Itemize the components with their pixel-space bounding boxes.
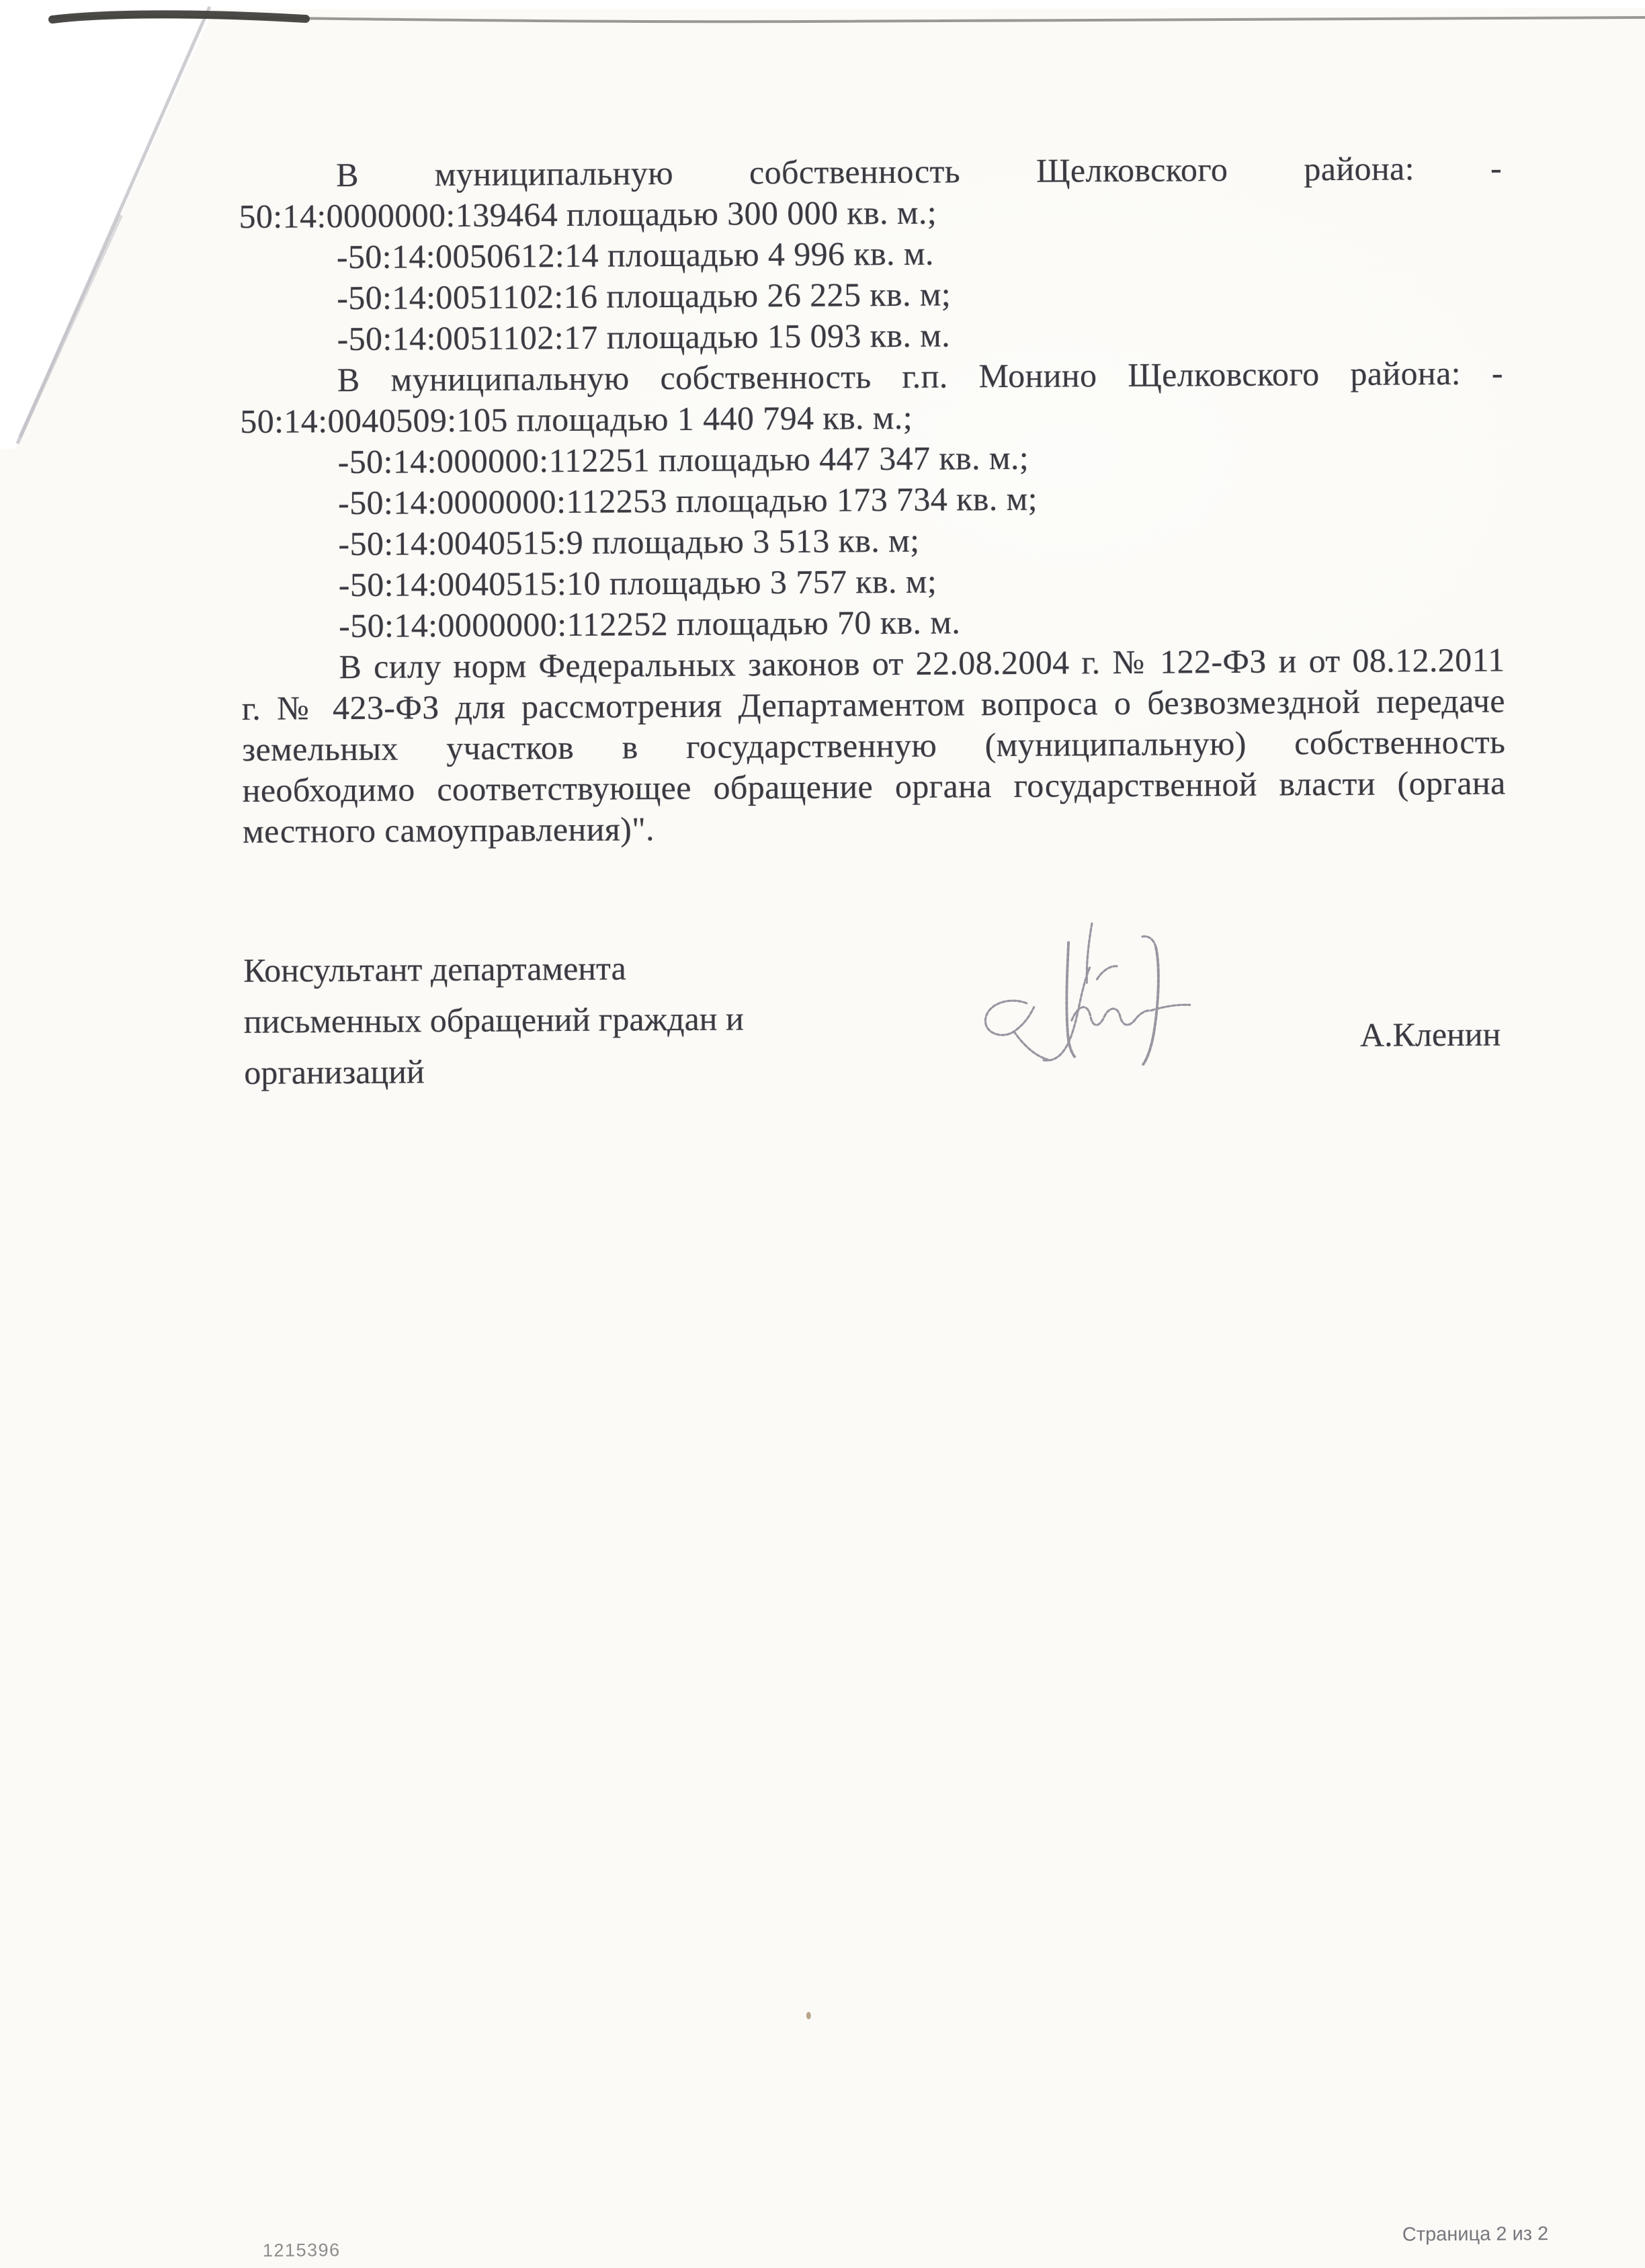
document-line: земельных участков в государственную (му… (242, 722, 1505, 770)
document-line: -50:14:0040515:9 площадью 3 513 кв. м; (241, 517, 1504, 565)
document-line: -50:14:0000000:112252 площадью 70 кв. м. (241, 599, 1505, 647)
document-line: -50:14:0051102:16 площадью 26 225 кв. м; (239, 271, 1503, 319)
signoff-title-line: Консультант департамента (243, 941, 848, 995)
document-line: -50:14:0040515:10 площадью 3 757 кв. м; (241, 558, 1505, 606)
text-block: В муниципальную собственность Щелковског… (239, 148, 1506, 852)
signer-name: А.Кленин (1360, 1015, 1501, 1054)
footer-page-indicator: Страница 2 из 2 (1402, 2223, 1549, 2246)
document-line: -50:14:0050612:14 площадью 4 996 кв. м. (239, 230, 1503, 278)
document-content: В муниципальную собственность Щелковског… (0, 0, 1645, 2268)
signoff-title-line: организаций (244, 1043, 849, 1097)
signoff-title-line: письменных обращений граждан и (244, 992, 849, 1046)
document-line: местного самоуправления)". (243, 803, 1506, 851)
document-line: г. № 423-ФЗ для рассмотрения Департамент… (242, 681, 1505, 729)
document-line: 50:14:0040509:105 площадью 1 440 794 кв.… (240, 394, 1503, 442)
document-line: В силу норм Федеральных законов от 22.08… (241, 640, 1505, 688)
scanned-document-page: В муниципальную собственность Щелковског… (0, 0, 1645, 2268)
signoff-title-block: Консультант департамента письменных обра… (243, 941, 849, 1097)
document-line: В муниципальную собственность г.п. Монин… (240, 353, 1503, 401)
signature-scribble-icon (962, 901, 1219, 1084)
document-line: -50:14:000000:112251 площадью 447 347 кв… (241, 435, 1504, 483)
document-line: -50:14:0000000:112253 площадью 173 734 к… (241, 476, 1504, 524)
paper-speck (806, 2012, 811, 2019)
document-line: -50:14:0051102:17 площадью 15 093 кв. м. (239, 312, 1503, 360)
signature (962, 901, 1219, 1084)
document-line: необходимо соответствующее обращение орг… (243, 762, 1506, 810)
document-line: 50:14:0000000:139464 площадью 300 000 кв… (239, 189, 1502, 237)
document-line: В муниципальную собственность Щелковског… (239, 148, 1502, 196)
footer-document-number: 1215396 (263, 2240, 341, 2261)
